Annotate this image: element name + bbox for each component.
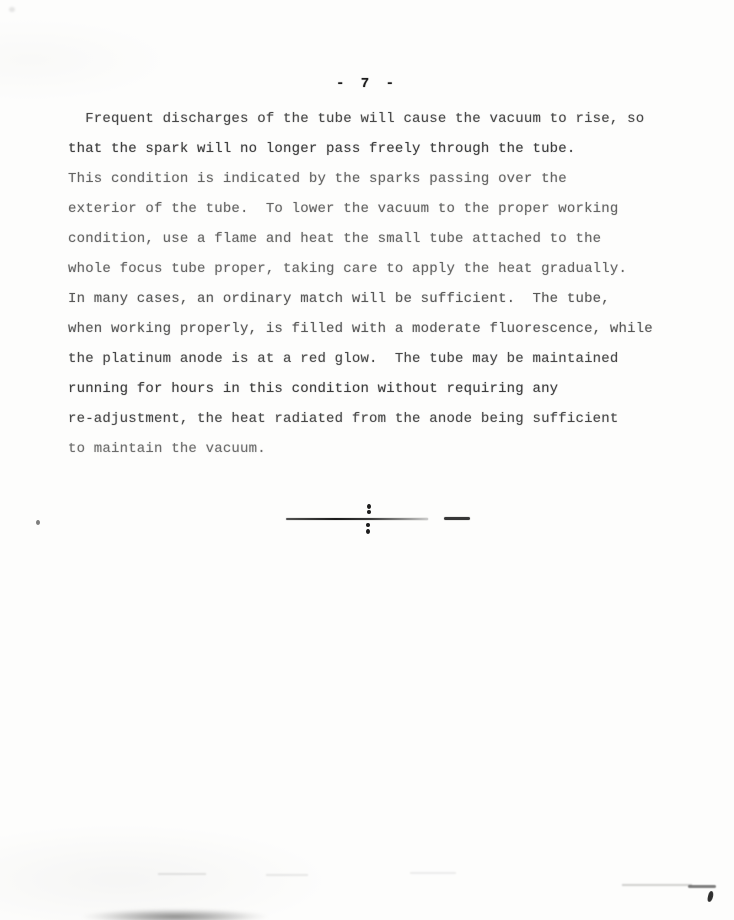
divider-dot <box>366 529 370 534</box>
body-line: the platinum anode is at a red glow. The… <box>68 344 668 374</box>
scan-speck <box>9 7 15 12</box>
body-line: exterior of the tube. To lower the vacuu… <box>68 194 668 224</box>
document-body: Frequent discharges of the tube will cau… <box>68 104 668 464</box>
body-line: to maintain the vacuum. <box>68 434 668 464</box>
body-line: running for hours in this condition with… <box>68 374 668 404</box>
body-line: This condition is indicated by the spark… <box>68 164 668 194</box>
scan-speck <box>36 520 40 525</box>
divider-dot <box>367 504 371 509</box>
scan-streak <box>266 874 308 876</box>
body-line: In many cases, an ordinary match will be… <box>68 284 668 314</box>
body-line: re-adjustment, the heat radiated from th… <box>68 404 668 434</box>
scan-mark <box>688 885 716 888</box>
body-line: that the spark will no longer pass freel… <box>68 134 668 164</box>
divider-rule-line <box>286 518 428 520</box>
scan-smudge <box>50 903 300 920</box>
scan-streak <box>622 884 692 886</box>
body-line: whole focus tube proper, taking care to … <box>68 254 668 284</box>
scan-streak <box>158 873 206 875</box>
body-line: condition, use a flame and heat the smal… <box>68 224 668 254</box>
scan-mark <box>707 891 714 903</box>
divider-short-dash <box>444 517 470 520</box>
divider-dot <box>366 523 370 527</box>
scanned-document-page: - 7 - Frequent discharges of the tube wi… <box>0 0 734 920</box>
body-line: Frequent discharges of the tube will cau… <box>68 104 668 134</box>
page-number: - 7 - <box>0 76 734 92</box>
scan-streak <box>410 872 456 874</box>
divider-dot <box>367 510 371 514</box>
body-line: when working properly, is filled with a … <box>68 314 668 344</box>
